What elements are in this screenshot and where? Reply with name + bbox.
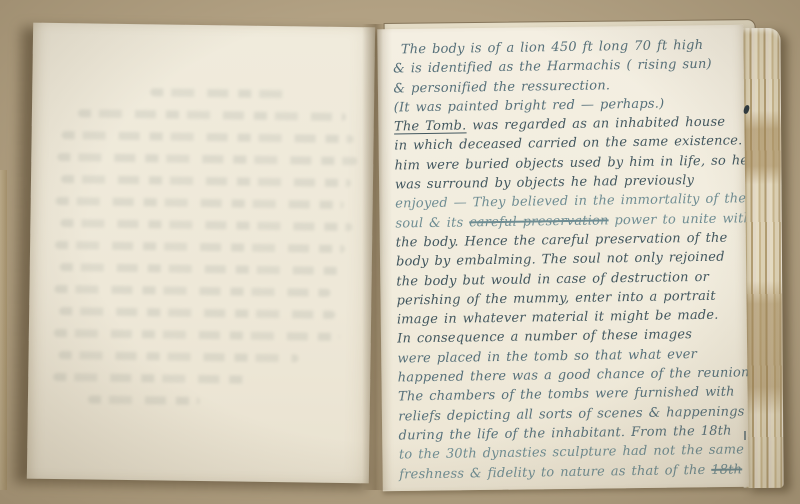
bleedthrough-line: [55, 241, 345, 253]
bleedthrough-line: [60, 263, 340, 275]
bleedthrough-line: [150, 88, 290, 98]
bleedthrough-line: [60, 219, 352, 231]
struck-text: careful preservation: [469, 213, 609, 230]
bleedthrough-line: [56, 197, 344, 209]
bleedthrough-line: [54, 285, 330, 297]
right-page: The body is of a lion 450 ft long 70 ft …: [377, 25, 749, 491]
notebook-photo: The body is of a lion 450 ft long 70 ft …: [0, 0, 800, 504]
line-text: freshness & fidelity to nature as that o…: [399, 462, 711, 482]
line-text: soul & its: [395, 215, 469, 231]
notebook-cover-edge: [0, 170, 7, 490]
gutter-shadow: [362, 24, 392, 490]
bleedthrough-line: [88, 395, 200, 405]
left-page: [27, 23, 375, 484]
bleedthrough-text: [28, 87, 375, 422]
struck-text: 18th: [711, 462, 742, 477]
bleedthrough-line: [78, 109, 346, 121]
ink-tick-mark: [744, 431, 746, 440]
bleedthrough-line: [57, 153, 357, 165]
underlined-heading: The Tomb.: [394, 119, 467, 135]
line-text: power to unite with: [609, 211, 749, 228]
bleedthrough-line: [62, 131, 354, 143]
line-text: was regarded as an inhabited house: [466, 115, 725, 134]
bleedthrough-line: [61, 175, 351, 187]
handwriting: The body is of a lion 450 ft long 70 ft …: [393, 35, 748, 484]
bleedthrough-line: [59, 351, 299, 362]
bleedthrough-line: [59, 307, 335, 319]
bleedthrough-line: [53, 373, 249, 384]
bleedthrough-line: [54, 329, 340, 341]
